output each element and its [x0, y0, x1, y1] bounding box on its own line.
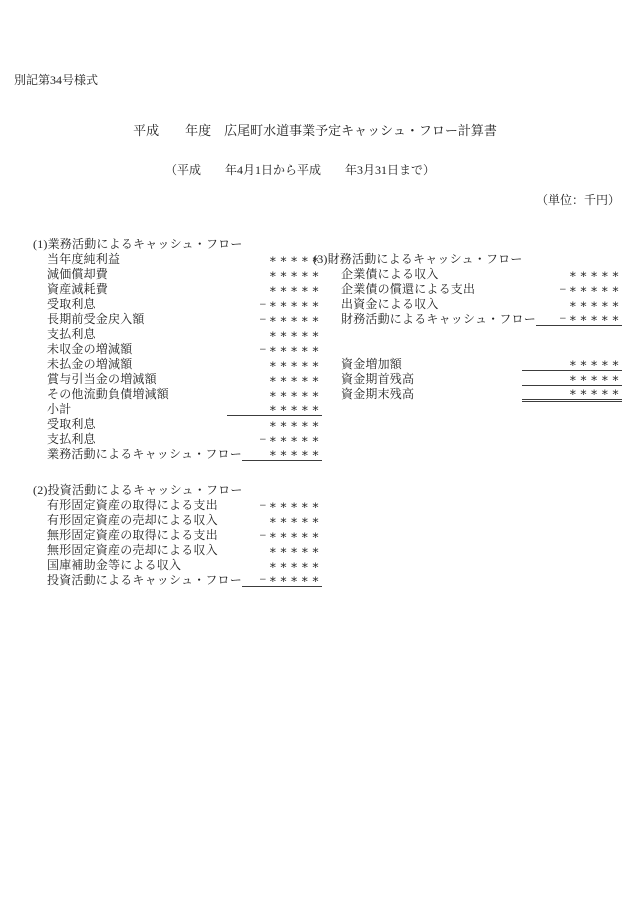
- line-item-value: −∗∗∗∗∗: [227, 297, 322, 311]
- line-item-value: ∗∗∗∗∗: [522, 267, 622, 281]
- line-item-row: 無形固定資産の取得による支出−∗∗∗∗∗: [33, 527, 322, 542]
- line-item-value: ∗∗∗∗∗: [522, 385, 622, 402]
- line-item-value: −∗∗∗∗∗: [522, 282, 622, 296]
- line-item-row: 資金期首残高∗∗∗∗∗: [313, 371, 622, 386]
- line-item-row: 支払利息∗∗∗∗∗: [33, 326, 322, 341]
- line-item-label: 投資活動によるキャッシュ・フロー: [33, 571, 242, 588]
- line-item-row: 業務活動によるキャッシュ・フロー∗∗∗∗∗: [33, 446, 322, 461]
- section-gap: [33, 461, 322, 482]
- line-item-row: 企業債の償還による支出−∗∗∗∗∗: [313, 281, 622, 296]
- line-item-value: ∗∗∗∗∗: [227, 267, 322, 281]
- line-item-row: 賞与引当金の増減額∗∗∗∗∗: [33, 371, 322, 386]
- line-item-value: −∗∗∗∗∗: [227, 498, 322, 512]
- line-item-row: 資金期末残高∗∗∗∗∗: [313, 386, 622, 401]
- line-item-row: 未払金の増減額∗∗∗∗∗: [33, 356, 322, 371]
- blank-row: [313, 341, 622, 356]
- line-item-value: ∗∗∗∗∗: [227, 252, 322, 266]
- line-item-value: ∗∗∗∗∗: [522, 371, 622, 386]
- line-item-row: 無形固定資産の売却による収入∗∗∗∗∗: [33, 542, 322, 557]
- line-item-value: ∗∗∗∗∗: [227, 513, 322, 527]
- line-item-row: 受取利息∗∗∗∗∗: [33, 416, 322, 431]
- line-item-value: −∗∗∗∗∗: [227, 312, 322, 326]
- section-heading-row: (2)投資活動によるキャッシュ・フロー: [33, 482, 322, 497]
- line-item-value: −∗∗∗∗∗: [227, 528, 322, 542]
- line-item-row: 投資活動によるキャッシュ・フロー−∗∗∗∗∗: [33, 572, 322, 587]
- line-item-value: ∗∗∗∗∗: [227, 401, 322, 416]
- line-item-value: ∗∗∗∗∗: [522, 356, 622, 371]
- line-item-value: −∗∗∗∗∗: [536, 311, 622, 326]
- line-item-value: −∗∗∗∗∗: [227, 342, 322, 356]
- line-item-value: ∗∗∗∗∗: [522, 297, 622, 311]
- blank-row: [313, 236, 622, 251]
- line-item-value: ∗∗∗∗∗: [242, 446, 322, 461]
- line-item-row: 資産減耗費∗∗∗∗∗: [33, 281, 322, 296]
- line-item-value: ∗∗∗∗∗: [227, 387, 322, 401]
- statement-left-column: (1)業務活動によるキャッシュ・フロー当年度純利益∗∗∗∗∗減価償却費∗∗∗∗∗…: [33, 236, 322, 587]
- line-item-row: 減価償却費∗∗∗∗∗: [33, 266, 322, 281]
- document-period: （平成 年4月1日から平成 年3月31日まで）: [0, 163, 630, 178]
- document-title: 平成 年度 広尾町水道事業予定キャッシュ・フロー計算書: [0, 123, 630, 138]
- line-item-value: ∗∗∗∗∗: [227, 543, 322, 557]
- line-item-row: 支払利息−∗∗∗∗∗: [33, 431, 322, 446]
- line-item-row: 受取利息−∗∗∗∗∗: [33, 296, 322, 311]
- line-item-row: 長期前受金戻入額−∗∗∗∗∗: [33, 311, 322, 326]
- line-item-value: −∗∗∗∗∗: [227, 432, 322, 446]
- line-item-value: ∗∗∗∗∗: [227, 327, 322, 341]
- line-item-value: ∗∗∗∗∗: [227, 357, 322, 371]
- line-item-row: 有形固定資産の売却による収入∗∗∗∗∗: [33, 512, 322, 527]
- line-item-value: ∗∗∗∗∗: [227, 417, 322, 431]
- line-item-row: 未収金の増減額−∗∗∗∗∗: [33, 341, 322, 356]
- line-item-label: 財務活動によるキャッシュ・フロー: [313, 310, 536, 327]
- section-heading-row: (3)財務活動によるキャッシュ・フロー: [313, 251, 622, 266]
- line-item-row: 小計∗∗∗∗∗: [33, 401, 322, 416]
- line-item-row: 財務活動によるキャッシュ・フロー−∗∗∗∗∗: [313, 311, 622, 326]
- form-number: 別記第34号様式: [14, 73, 98, 87]
- line-item-value: ∗∗∗∗∗: [227, 372, 322, 386]
- line-item-label: 業務活動によるキャッシュ・フロー: [33, 445, 242, 462]
- line-item-row: その他流動負債増減額∗∗∗∗∗: [33, 386, 322, 401]
- line-item-row: 有形固定資産の取得による支出−∗∗∗∗∗: [33, 497, 322, 512]
- statement-right-column: (3)財務活動によるキャッシュ・フロー企業債による収入∗∗∗∗∗企業債の償還によ…: [313, 236, 622, 401]
- line-item-value: −∗∗∗∗∗: [242, 572, 322, 587]
- line-item-row: 国庫補助金等による収入∗∗∗∗∗: [33, 557, 322, 572]
- line-item-row: 当年度純利益∗∗∗∗∗: [33, 251, 322, 266]
- line-item-value: ∗∗∗∗∗: [227, 558, 322, 572]
- line-item-label: 資金期末残高: [313, 385, 414, 402]
- line-item-row: 出資金による収入∗∗∗∗∗: [313, 296, 622, 311]
- document-page: 別記第34号様式 平成 年度 広尾町水道事業予定キャッシュ・フロー計算書 （平成…: [0, 0, 630, 915]
- blank-row: [313, 326, 622, 341]
- line-item-value: ∗∗∗∗∗: [227, 282, 322, 296]
- line-item-row: 企業債による収入∗∗∗∗∗: [313, 266, 622, 281]
- unit-label: （単位：千円）: [536, 193, 620, 208]
- section-heading-row: (1)業務活動によるキャッシュ・フロー: [33, 236, 322, 251]
- line-item-row: 資金増加額∗∗∗∗∗: [313, 356, 622, 371]
